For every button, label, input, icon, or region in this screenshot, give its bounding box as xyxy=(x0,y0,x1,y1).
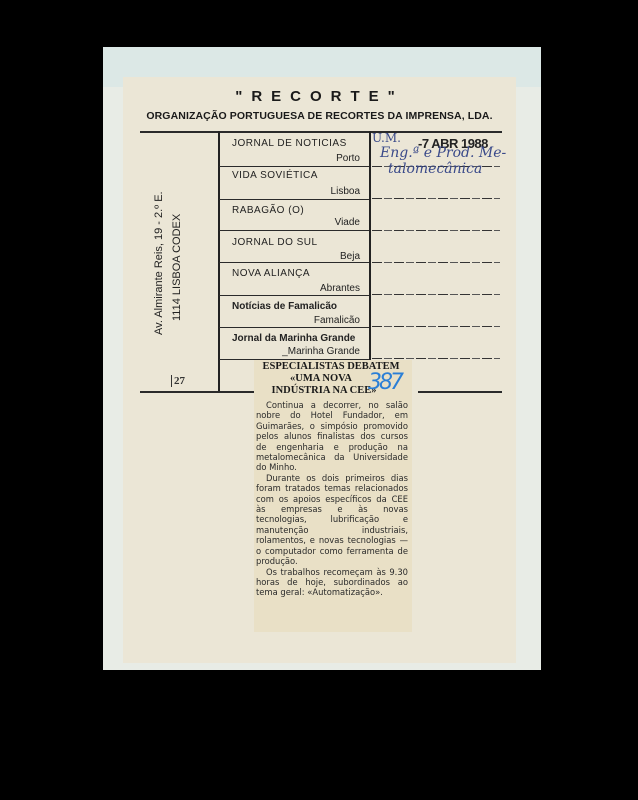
card-title: "RECORTE" xyxy=(123,88,516,105)
clipping-paragraph: Os trabalhos recomeçam às 9.30 horas de … xyxy=(256,567,408,598)
row-divider xyxy=(219,327,369,328)
annotation-line xyxy=(372,230,500,231)
card-subtitle: ORGANIZAÇÃO PORTUGUESA DE RECORTES DA IM… xyxy=(123,110,516,122)
newspaper-name: VIDA SOVIÉTICA xyxy=(232,170,318,181)
newspaper-city: Famalicão xyxy=(314,315,360,326)
annotation-line xyxy=(372,294,500,295)
newspaper-city: Viade xyxy=(335,217,360,228)
row-divider xyxy=(219,295,369,296)
handwritten-category-line2: talomecânica xyxy=(388,161,482,177)
newspaper-city: Porto xyxy=(336,153,360,164)
annotation-line xyxy=(372,358,500,359)
newspaper-name: Notícias de Famalicão xyxy=(232,301,337,312)
address-line-2: 1114 LISBOA CODEX xyxy=(168,191,186,335)
newspaper-city: Beja xyxy=(340,251,360,262)
right-column-rule xyxy=(369,131,371,361)
handwritten-category-line1: Eng.ª e Prod. Me- xyxy=(380,145,506,161)
form-bottom-rule-right xyxy=(418,391,502,393)
annotation-line xyxy=(372,198,500,199)
form-bottom-rule-left xyxy=(140,391,255,393)
newspaper-name: JORNAL DE NOTICIAS xyxy=(232,138,347,149)
newspaper-city: _Marinha Grande xyxy=(282,346,360,357)
company-address: Av. Almirante Reis, 19 - 2.º E. 1114 LIS… xyxy=(150,191,186,335)
annotation-line xyxy=(372,262,500,263)
annotation-line xyxy=(372,326,500,327)
newspaper-city: Abrantes xyxy=(320,283,360,294)
clipping-paragraph: Continua a decorrer, no salão nobre do H… xyxy=(256,400,408,473)
address-line-1: Av. Almirante Reis, 19 - 2.º E. xyxy=(150,191,168,335)
row-divider xyxy=(219,262,369,263)
page-number: 27 xyxy=(171,375,185,387)
newspaper-name: Jornal da Marinha Grande xyxy=(232,333,355,344)
row-divider xyxy=(219,199,369,200)
clip-number-annotation: 387 xyxy=(368,370,401,395)
left-column-rule xyxy=(218,131,220,391)
newspaper-name: JORNAL DO SUL xyxy=(232,237,318,248)
initials-annotation: U.M. xyxy=(372,131,401,145)
newspaper-name: NOVA ALIANÇA xyxy=(232,268,310,279)
row-divider xyxy=(219,230,369,231)
clipping-paragraph: Durante os dois primeiros dias foram tra… xyxy=(256,473,408,567)
header-rule xyxy=(140,131,502,133)
newspaper-city: Lisboa xyxy=(331,186,360,197)
newspaper-name: RABAGÃO (O) xyxy=(232,205,304,216)
clipping-body: Continua a decorrer, no salão nobre do H… xyxy=(256,400,408,598)
row-divider xyxy=(219,166,369,167)
